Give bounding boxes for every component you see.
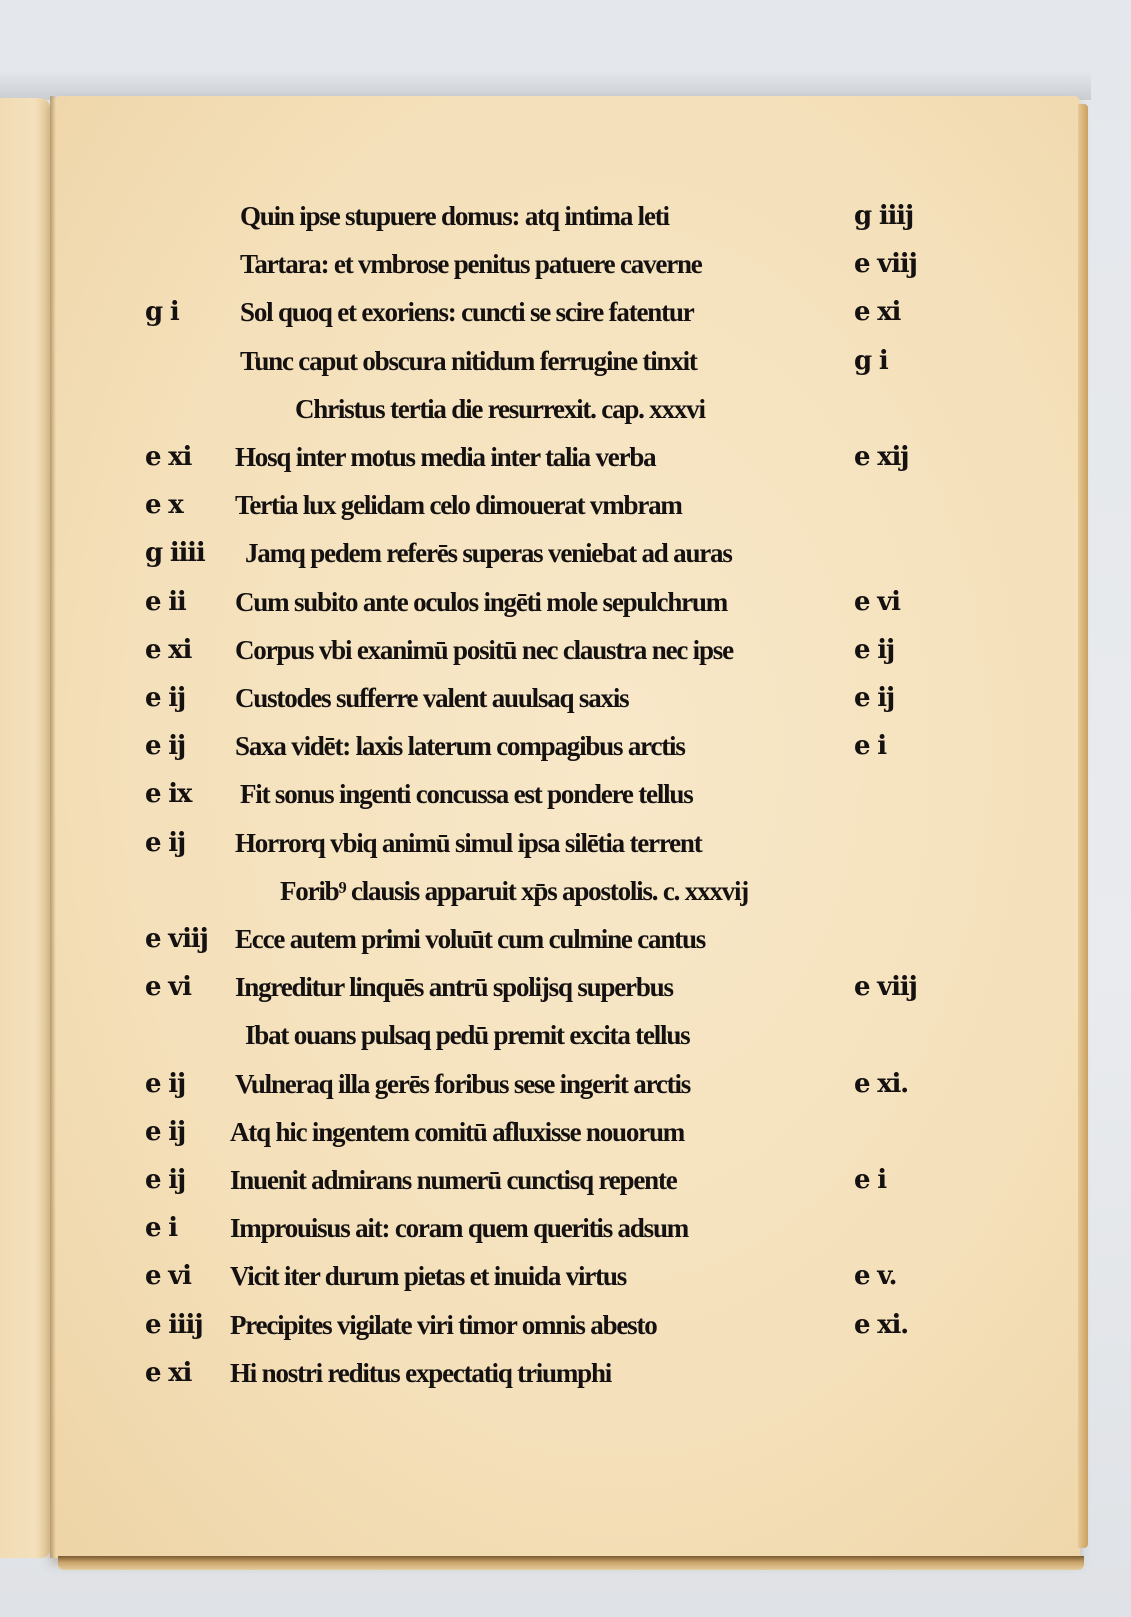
verse-text: Hosq inter motus media inter talia verba bbox=[235, 437, 655, 477]
verse-text: Custodes sufferre valent auulsaq saxis bbox=[235, 678, 628, 718]
left-margin-reference: e ij bbox=[145, 1112, 185, 1152]
verse-text: Ecce autem primi voluūt cum culmine cant… bbox=[235, 919, 705, 959]
left-margin-reference: e ix bbox=[145, 774, 191, 814]
verse-text: Inuenit admirans numerū cunctisq repente bbox=[230, 1160, 677, 1200]
right-margin-reference: e viij bbox=[854, 244, 917, 284]
verse-text: Christus tertia die resurrexit. cap. xxx… bbox=[295, 389, 705, 429]
verse-text: Fit sonus ingenti concussa est pondere t… bbox=[240, 774, 693, 814]
left-margin-reference: g iiii bbox=[145, 533, 205, 573]
verse-line: e ij Inuenit admirans numerū cunctisq re… bbox=[50, 1160, 1080, 1200]
verse-line: Quin ipse stupuere domus: atq intima let… bbox=[50, 196, 1080, 236]
verse-line: e xi Hosq inter motus media inter talia … bbox=[50, 437, 1080, 477]
left-margin-reference: e vi bbox=[145, 1256, 191, 1296]
verse-text: Precipites vigilate viri timor omnis abe… bbox=[230, 1305, 657, 1345]
verse-line: g i Sol quoq et exoriens: cuncti se scir… bbox=[50, 292, 1080, 332]
verse-line: e ij Saxa vidēt: laxis laterum compagibu… bbox=[50, 726, 1080, 766]
right-margin-reference: e vi bbox=[854, 582, 900, 622]
verse-text: Tartara: et vmbrose penitus patuere cave… bbox=[240, 244, 702, 284]
verse-line: e ix Fit sonus ingenti concussa est pond… bbox=[50, 774, 1080, 814]
verse-text: Ingreditur linquēs antrū spolijsq superb… bbox=[235, 967, 673, 1007]
verse-line: e ij Horrorq vbiq animū simul ipsa silēt… bbox=[50, 823, 1080, 863]
left-margin-reference: e x bbox=[145, 485, 183, 525]
right-margin-reference: g iiij bbox=[854, 196, 913, 236]
verse-line: Ibat ouans pulsaq pedū premit excita tel… bbox=[50, 1015, 1080, 1055]
left-margin-reference: e ij bbox=[145, 823, 185, 863]
verse-text: Horrorq vbiq animū simul ipsa silētia te… bbox=[235, 823, 702, 863]
left-margin-reference: e ij bbox=[145, 1160, 185, 1200]
verse-line: e vi Ingreditur linquēs antrū spolijsq s… bbox=[50, 967, 1080, 1007]
verse-line: e x Tertia lux gelidam celo dimouerat vm… bbox=[50, 485, 1080, 525]
right-margin-reference: e ij bbox=[854, 678, 894, 718]
verse-text: Sol quoq et exoriens: cuncti se scire fa… bbox=[240, 292, 694, 332]
verse-text: Hi nostri reditus expectatiq triumphi bbox=[230, 1353, 611, 1393]
verse-text: Corpus vbi exanimū positū nec claustra n… bbox=[235, 630, 733, 670]
verse-line: e ij Atq hic ingentem comitū afluxisse n… bbox=[50, 1112, 1080, 1152]
left-margin-reference: e xi bbox=[145, 437, 191, 477]
right-margin-reference: e ij bbox=[854, 630, 894, 670]
left-margin-reference: e i bbox=[145, 1208, 177, 1248]
right-margin-reference: e xij bbox=[854, 437, 908, 477]
verse-text: Vicit iter durum pietas et inuida virtus bbox=[230, 1256, 626, 1296]
verse-line: Christus tertia die resurrexit. cap. xxx… bbox=[50, 389, 1080, 429]
left-margin-reference: e xi bbox=[145, 1353, 191, 1393]
right-margin-reference: e viij bbox=[854, 967, 917, 1007]
verse-text: Quin ipse stupuere domus: atq intima let… bbox=[240, 196, 669, 236]
verse-line: Tartara: et vmbrose penitus patuere cave… bbox=[50, 244, 1080, 284]
left-margin-reference: e vi bbox=[145, 967, 191, 1007]
verse-text: Tunc caput obscura nitidum ferrugine tin… bbox=[240, 341, 697, 381]
verse-line: e viij Ecce autem primi voluūt cum culmi… bbox=[50, 919, 1080, 959]
right-margin-reference: e i bbox=[854, 726, 886, 766]
verse-line: e ij Custodes sufferre valent auulsaq sa… bbox=[50, 678, 1080, 718]
verse-line: e xi Corpus vbi exanimū positū nec claus… bbox=[50, 630, 1080, 670]
left-margin-reference: e ij bbox=[145, 1064, 185, 1104]
verse-line: e ii Cum subito ante oculos ingēti mole … bbox=[50, 582, 1080, 622]
verse-line: Tunc caput obscura nitidum ferrugine tin… bbox=[50, 341, 1080, 381]
left-margin-reference: e ij bbox=[145, 726, 185, 766]
verse-text: Jamq pedem referēs superas veniebat ad a… bbox=[245, 533, 732, 573]
verse-text: Atq hic ingentem comitū afluxisse nouoru… bbox=[230, 1112, 684, 1152]
verse-line: g iiii Jamq pedem referēs superas venieb… bbox=[50, 533, 1080, 573]
verse-line: e i Improuisus ait: coram quem queritis … bbox=[50, 1208, 1080, 1248]
book-page: Quin ipse stupuere domus: atq intima let… bbox=[50, 96, 1080, 1558]
left-margin-reference: e ij bbox=[145, 678, 185, 718]
verse-line: e ij Vulneraq illa gerēs foribus sese in… bbox=[50, 1064, 1080, 1104]
right-margin-reference: e xi. bbox=[854, 1064, 908, 1104]
right-margin-reference: e xi bbox=[854, 292, 900, 332]
verse-line: Forib⁹ clausis apparuit xp̄s apostolis. … bbox=[50, 871, 1080, 911]
verse-text: Cum subito ante oculos ingēti mole sepul… bbox=[235, 582, 727, 622]
right-margin-reference: e xi. bbox=[854, 1305, 908, 1345]
verse-text: Ibat ouans pulsaq pedū premit excita tel… bbox=[245, 1015, 690, 1055]
verse-line: e vi Vicit iter durum pietas et inuida v… bbox=[50, 1256, 1080, 1296]
left-margin-reference: e iiij bbox=[145, 1305, 202, 1345]
verse-line: e xi Hi nostri reditus expectatiq triump… bbox=[50, 1353, 1080, 1393]
left-margin-reference: g i bbox=[145, 292, 179, 332]
verse-line: e iiij Precipites vigilate viri timor om… bbox=[50, 1305, 1080, 1345]
verse-text: Vulneraq illa gerēs foribus sese ingerit… bbox=[235, 1064, 690, 1104]
right-margin-reference: e i bbox=[854, 1160, 886, 1200]
page-bottom-edge bbox=[58, 1556, 1084, 1570]
left-margin-reference: e viij bbox=[145, 919, 208, 959]
right-margin-reference: e v. bbox=[854, 1256, 896, 1296]
left-margin-reference: e ii bbox=[145, 582, 186, 622]
verse-text: Improuisus ait: coram quem queritis adsu… bbox=[230, 1208, 688, 1248]
left-margin-reference: e xi bbox=[145, 630, 191, 670]
right-margin-reference: g i bbox=[854, 341, 888, 381]
verse-text: Tertia lux gelidam celo dimouerat vmbram bbox=[235, 485, 682, 525]
verse-text: Forib⁹ clausis apparuit xp̄s apostolis. … bbox=[280, 871, 748, 911]
facing-page-edge bbox=[0, 98, 50, 1558]
verse-text: Saxa vidēt: laxis laterum compagibus arc… bbox=[235, 726, 685, 766]
